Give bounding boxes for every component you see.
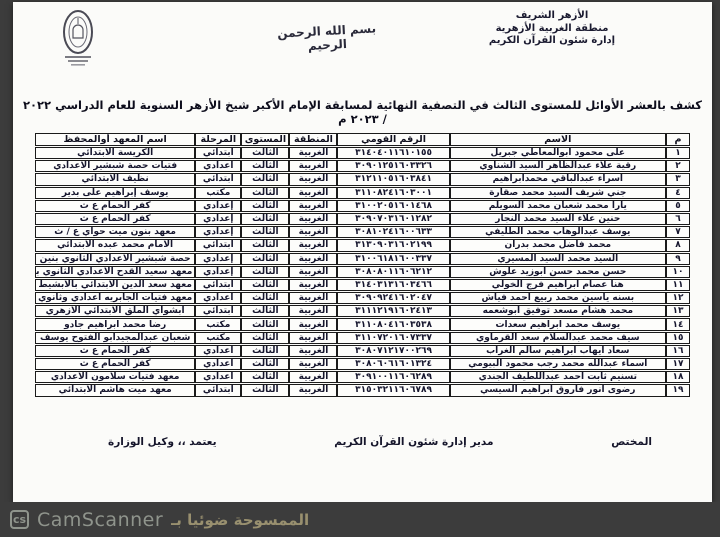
document-header: الأزهر الشريف منطقة الغربية الأزهرية إدا… [13,2,712,74]
table-header-row: م الاسم الرقم القومي المنطقة المستوى الم… [35,133,690,146]
cell-level: الثالث [241,160,289,172]
col-header-level: المستوى [241,133,289,146]
cell-num: ٤ [666,187,690,199]
cell-institute: فتيات حصة شبشير الاعدادي [35,160,195,172]
cell-name: سيف محمد عبدالسلام سعد القرماوي [450,332,666,344]
cell-name: يوسف محمد ابراهيم سعدات [450,318,666,330]
cell-level: الثالث [241,279,289,291]
signature-specialist: المختص [611,436,652,448]
cell-stage: اعدادي [195,358,241,370]
col-header-name: الاسم [450,133,666,146]
cell-institute: كفر الحمام ع ث [35,213,195,225]
cell-institute: معهد بنون ميت حواي ع / ث [35,226,195,238]
cell-name: رقية علاء عبدالظاهر السيد الشناوي [450,160,666,172]
cell-name: تسنيم ثابت احمد عبداللطيف الجندي [450,371,666,383]
table-row: ١٥سيف محمد عبدالسلام سعد القرماوي٣١١٠٧٢٠… [35,332,690,344]
results-table-body: ١على محمود ابوالمعاطي جبريل٣١٤٠٤٠١١٦١٠١٥… [35,147,690,397]
cell-region: الغربية [289,226,337,238]
cell-stage: ابتدائي [195,239,241,251]
cell-name: محمد هشام مسعد توفيق ابوشعمه [450,305,666,317]
cell-national-id: ٣٠٩٠٧٠٣١٦٠١٢٨٢ [337,213,449,225]
cell-stage: اعدادي [195,292,241,304]
cell-national-id: ٣٠٨٠٦٠٦١٦٠١٣٢٤ [337,358,449,370]
cell-institute: معهد سعد الدين الابتدائي بالابشيط [35,279,195,291]
cell-region: الغربية [289,292,337,304]
cell-level: الثالث [241,200,289,212]
cell-national-id: ٣١٠٠٢٠٥١٦٠١٤٦٨ [337,200,449,212]
cell-num: ١٥ [666,332,690,344]
cell-region: الغربية [289,213,337,225]
camscanner-arabic-label: الممسوحة ضوئيا بـ [171,511,309,529]
org-line-3: إدارة شئون القرآن الكريم [432,35,672,48]
org-header-block: الأزهر الشريف منطقة الغربية الأزهرية إدا… [432,10,672,48]
cell-national-id: ٣١٠٠٦١٨١٦٠٠٣٣٧ [337,253,449,265]
cell-institute: حصة شبشير الاعدادي الثانوي بنين [35,253,195,265]
col-header-region: المنطقة [289,133,337,146]
cell-region: الغربية [289,266,337,278]
cell-level: الثالث [241,213,289,225]
cell-national-id: ٣٠٩٠٩٢٤١٦٠٢٠٤٧ [337,292,449,304]
cell-stage: ابتدائي [195,279,241,291]
cell-stage: اعدادي [195,345,241,357]
bismillah-calligraphy: بسم الله الرحمن الرحيم [271,21,382,55]
cell-num: ٢ [666,160,690,172]
cell-num: ١٩ [666,384,690,396]
cell-region: الغربية [289,371,337,383]
cell-level: الثالث [241,239,289,251]
cell-region: الغربية [289,358,337,370]
table-row: ١٤يوسف محمد ابراهيم سعدات٣١١٠٨٠٤١٦٠٣٥٣٨ا… [35,318,690,330]
table-row: ١٨تسنيم ثابت احمد عبداللطيف الجندي٣٠٩١٠٠… [35,371,690,383]
cell-num: ٩ [666,253,690,265]
cell-stage: اعدادي [195,371,241,383]
col-header-institute: اسم المعهد أوالمحفظ [35,133,195,146]
cell-name: محمد فاضل محمد بدران [450,239,666,251]
signature-undersecretary: يعتمد ،، وكيل الوزارة [108,436,217,448]
cell-region: الغربية [289,305,337,317]
cell-level: الثالث [241,371,289,383]
table-row: ٥يارا محمد شعبان محمد السويلم٣١٠٠٢٠٥١٦٠١… [35,200,690,212]
cell-region: الغربية [289,332,337,344]
cell-stage: إعدادي [195,266,241,278]
signature-director: مدير إدارة شئون القرآن الكريم [334,436,493,448]
cell-level: الثالث [241,384,289,396]
table-row: ٤جني شريف السيد محمد صقارة٣١١٠٨٢٤١٦٠٣٠٠١… [35,187,690,199]
cell-level: الثالث [241,292,289,304]
cell-national-id: ٣٠٨٠٧١٢١٧٠٠٢٦٩ [337,345,449,357]
cell-level: الثالث [241,266,289,278]
table-row: ١٢بسنه ياسين محمد ربيع احمد فياش٣٠٩٠٩٢٤١… [35,292,690,304]
org-line-2: منطقة الغربية الأزهرية [432,23,672,36]
cell-region: الغربية [289,253,337,265]
cell-name: سعاد ايهاب ابراهيم سالم الغراب [450,345,666,357]
cell-national-id: ٣١١٠٨٠٤١٦٠٣٥٣٨ [337,318,449,330]
table-row: ٣اسراء عبدالباقي محمدابراهيم٣١٢١١٠٥١٦٠٣٨… [35,173,690,185]
results-table: م الاسم الرقم القومي المنطقة المستوى الم… [35,132,690,398]
cell-stage: ابتدائي [195,147,241,159]
cell-name: بسنه ياسين محمد ربيع احمد فياش [450,292,666,304]
cell-national-id: ٣١١١٢١٩١٦٠٢٤١٣ [337,305,449,317]
table-row: ٨محمد فاضل محمد بدران٣١٣٠٩٠٣١٦٠٢١٩٩الغرب… [35,239,690,251]
cell-num: ١٨ [666,371,690,383]
cell-num: ١٤ [666,318,690,330]
table-row: ١٣محمد هشام مسعد توفيق ابوشعمه٣١١١٢١٩١٦٠… [35,305,690,317]
table-row: ١١هنا عصام ابراهيم فرج الخولي٣١٤٠٣١٣١٦٠٣… [35,279,690,291]
cell-level: الثالث [241,173,289,185]
cell-num: ١١ [666,279,690,291]
cell-institute: الكريسة الابتدائي [35,147,195,159]
cell-stage: مكتب [195,187,241,199]
cell-region: الغربية [289,147,337,159]
cell-region: الغربية [289,173,337,185]
cell-name: اسماء عبدالله محمد رجب محمود البيومي [450,358,666,370]
cell-institute: شعبان عبدالمجيدابو الفتوح يوسف [35,332,195,344]
table-row: ١٧اسماء عبدالله محمد رجب محمود البيومي٣٠… [35,358,690,370]
cell-level: الثالث [241,226,289,238]
cell-institute: رضا محمد ابراهيم جادو [35,318,195,330]
table-row: ٧يوسف عبدالوهاب محمد الطليفي٣٠٨١٠٢٤١٦٠٠٦… [35,226,690,238]
camscanner-icon: cs [10,510,29,529]
cell-num: ٥ [666,200,690,212]
cell-region: الغربية [289,200,337,212]
cell-institute: معهد فتيات سلامون الاعدادي [35,371,195,383]
cell-institute: كفر الحمام ع ث [35,358,195,370]
cell-name: اسراء عبدالباقي محمدابراهيم [450,173,666,185]
cell-name: هنا عصام ابراهيم فرج الخولي [450,279,666,291]
cell-institute: الامام محمد عبده الابتدائي [35,239,195,251]
cell-name: حسن محمد حسن ابوزيد علوش [450,266,666,278]
cell-stage: اعدادي [195,160,241,172]
cell-stage: مكتب [195,332,241,344]
cell-level: الثالث [241,332,289,344]
cell-national-id: ٣١٣٠٩٠٣١٦٠٢١٩٩ [337,239,449,251]
camscanner-brand-text: CamScanner [37,509,163,531]
cell-level: الثالث [241,318,289,330]
document-title: كشف بالعشر الأوائل للمستوى الثالث في الت… [13,98,712,126]
cell-national-id: ٣٠٩١٠٠١١٦٠٦٢٨٩ [337,371,449,383]
cell-num: ٨ [666,239,690,251]
table-row: ٩السيد محمد السيد المسيري٣١٠٠٦١٨١٦٠٠٣٣٧ا… [35,253,690,265]
cell-stage: إعدادي [195,226,241,238]
cell-num: ١٧ [666,358,690,370]
camscanner-watermark-bar: cs CamScanner الممسوحة ضوئيا بـ [0,502,720,537]
cell-institute: ابشواي الملق الابتدائي الازهري [35,305,195,317]
col-header-num: م [666,133,690,146]
cell-num: ١ [666,147,690,159]
cell-region: الغربية [289,279,337,291]
table-row: ٢رقية علاء عبدالظاهر السيد الشناوي٣٠٩٠١٢… [35,160,690,172]
cell-region: الغربية [289,318,337,330]
cell-name: حنين علاء السيد محمد النجار [450,213,666,225]
cell-institute: كفر الحمام ع ث [35,200,195,212]
cell-num: ٦ [666,213,690,225]
cell-institute: معهد سعيد القدح الاعدادي الثانوي بنين [35,266,195,278]
cell-stage: إعدادي [195,213,241,225]
cell-name: يارا محمد شعبان محمد السويلم [450,200,666,212]
cell-region: الغربية [289,345,337,357]
cell-national-id: ٣١٤٠٣١٣١٦٠٣٤٦٦ [337,279,449,291]
cell-num: ٧ [666,226,690,238]
cell-national-id: ٣٠٨٠٨٠١١٦٠٦٢١٢ [337,266,449,278]
cell-region: الغربية [289,239,337,251]
col-header-national-id: الرقم القومي [337,133,449,146]
cell-num: ١٢ [666,292,690,304]
table-row: ١٠حسن محمد حسن ابوزيد علوش٣٠٨٠٨٠١١٦٠٦٢١٢… [35,266,690,278]
cell-stage: إعدادي [195,253,241,265]
cell-region: الغربية [289,187,337,199]
cell-level: الثالث [241,358,289,370]
cell-name: جني شريف السيد محمد صقارة [450,187,666,199]
col-header-stage: المرحلة [195,133,241,146]
scanned-document-page: الأزهر الشريف منطقة الغربية الأزهرية إدا… [13,2,712,502]
table-row: ١٩رضوى انور فاروق ابراهيم السيسي٣١٥٠٣٢١١… [35,384,690,396]
azhar-emblem-icon [55,8,101,70]
cell-national-id: ٣١١٠٧٢٠١٦٠٧٣٣٧ [337,332,449,344]
cell-name: السيد محمد السيد المسيري [450,253,666,265]
cell-level: الثالث [241,187,289,199]
cell-num: ٣ [666,173,690,185]
cell-stage: ابتدائي [195,305,241,317]
cell-institute: كفر الحمام ع ث [35,345,195,357]
cell-num: ١٣ [666,305,690,317]
cell-level: الثالث [241,147,289,159]
cell-name: رضوى انور فاروق ابراهيم السيسي [450,384,666,396]
org-line-1: الأزهر الشريف [432,10,672,23]
cell-level: الثالث [241,253,289,265]
cell-num: ١٦ [666,345,690,357]
cell-name: يوسف عبدالوهاب محمد الطليفي [450,226,666,238]
cell-national-id: ٣٠٨١٠٢٤١٦٠٠٦٣٣ [337,226,449,238]
cell-level: الثالث [241,305,289,317]
table-row: ١على محمود ابوالمعاطي جبريل٣١٤٠٤٠١١٦١٠١٥… [35,147,690,159]
cell-institute: نظيف الابتدائي [35,173,195,185]
cell-name: على محمود ابوالمعاطي جبريل [450,147,666,159]
cell-region: الغربية [289,160,337,172]
cell-stage: إعدادي [195,200,241,212]
cell-institute: معهد فتيات الجابريه اعدادي وثانوي [35,292,195,304]
cell-stage: ابتدائي [195,384,241,396]
cell-num: ١٠ [666,266,690,278]
table-row: ١٦سعاد ايهاب ابراهيم سالم الغراب٣٠٨٠٧١٢١… [35,345,690,357]
cell-region: الغربية [289,384,337,396]
cell-national-id: ٣٠٩٠١٢٥١٦٠٣٣٢٦ [337,160,449,172]
cell-national-id: ٣١٤٠٤٠١١٦١٠١٥٥ [337,147,449,159]
cell-stage: ابتدائي [195,173,241,185]
cell-national-id: ٣١٥٠٣٢١١٦٠٦٧٨٩ [337,384,449,396]
cell-national-id: ٣١٢١١٠٥١٦٠٣٨٤١ [337,173,449,185]
signatures-row: المختص مدير إدارة شئون القرآن الكريم يعت… [108,436,652,448]
cell-institute: معهد ميت هاشم الابتدائي [35,384,195,396]
cell-national-id: ٣١١٠٨٢٤١٦٠٣٠٠١ [337,187,449,199]
results-table-wrapper: م الاسم الرقم القومي المنطقة المستوى الم… [35,132,690,398]
cell-level: الثالث [241,345,289,357]
table-row: ٦حنين علاء السيد محمد النجار٣٠٩٠٧٠٣١٦٠١٢… [35,213,690,225]
cell-stage: مكتب [195,318,241,330]
cell-institute: يوسف إبراهيم على بدير [35,187,195,199]
